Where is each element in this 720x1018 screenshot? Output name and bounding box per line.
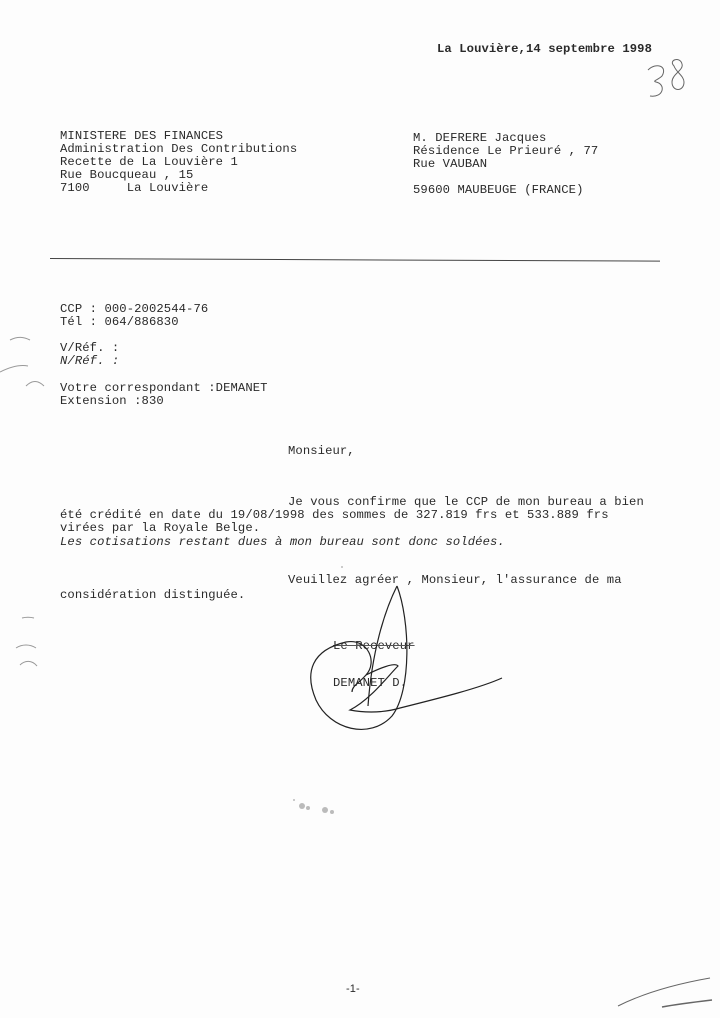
margin-marks-icon [0, 337, 44, 666]
signature-icon [311, 586, 502, 729]
corner-mark-icon [618, 978, 712, 1007]
handwritten-number-icon [648, 60, 684, 97]
smudge-icon [293, 566, 343, 814]
handwriting-overlay [0, 0, 720, 1018]
